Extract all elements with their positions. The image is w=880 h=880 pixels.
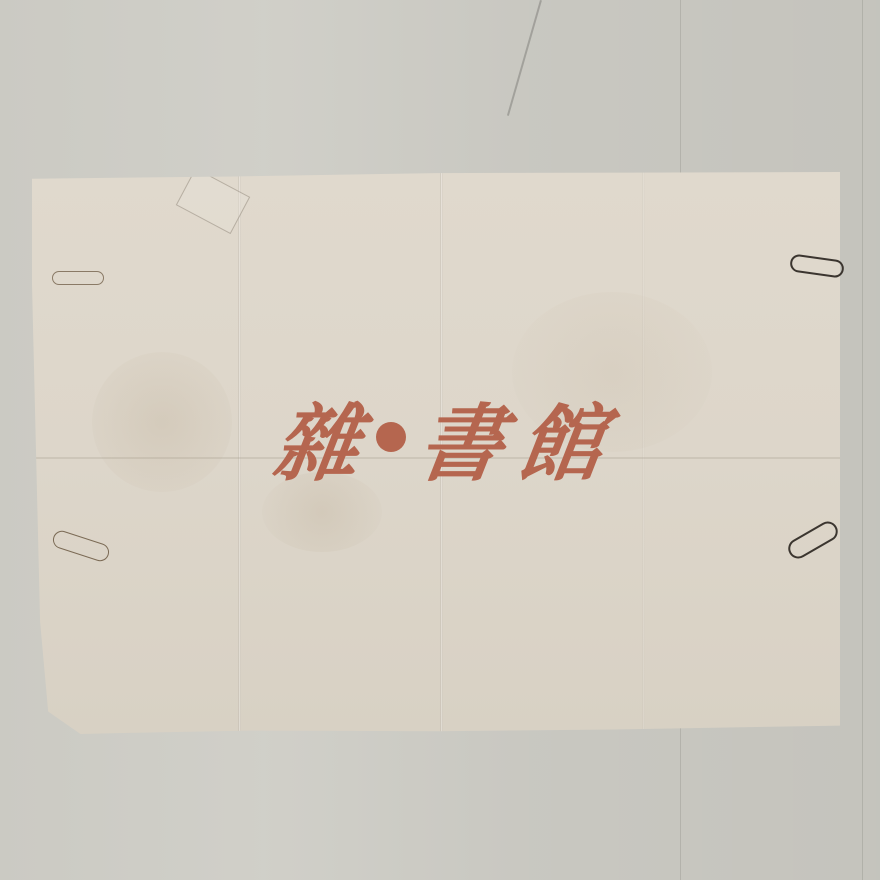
fold-line: [642, 172, 645, 734]
watermark: 雜 書 館: [276, 386, 606, 488]
watermark-char: 雜: [267, 377, 370, 498]
fold-line: [238, 172, 241, 734]
stain: [92, 352, 232, 492]
watermark-dot: [376, 422, 406, 452]
watermark-char: 館: [511, 377, 614, 498]
watermark-char: 書: [411, 377, 514, 498]
background-seam: [862, 0, 863, 880]
paper-clip-icon: [52, 271, 104, 285]
background-crack: [507, 0, 542, 116]
